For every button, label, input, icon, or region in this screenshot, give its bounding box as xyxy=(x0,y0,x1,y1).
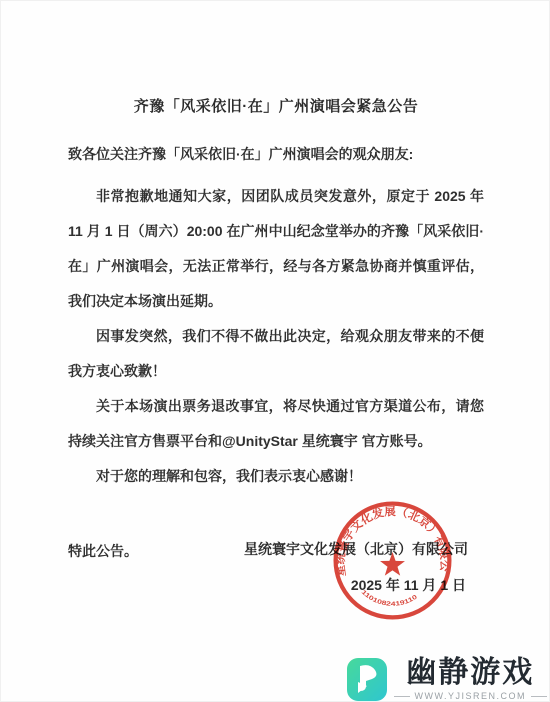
watermark-left-rule xyxy=(394,696,410,697)
paragraph-3: 关于本场演出票务退改事宜，将尽快通过官方渠道公布，请您持续关注官方售票平台和@U… xyxy=(68,389,484,459)
page-title: 齐豫「风采依旧·在」广州演唱会紧急公告 xyxy=(68,96,484,118)
watermark-url-row: WWW.YJISREN.COM xyxy=(394,691,548,701)
watermark-site-url: WWW.YJISREN.COM xyxy=(415,691,527,701)
paragraph-2: 因事发突然，我们不得不做出此决定，给观众朋友带来的不便我方衷心致歉！ xyxy=(68,319,484,389)
watermark-right-rule xyxy=(531,696,547,697)
document-body: 齐豫「风采依旧·在」广州演唱会紧急公告 致各位关注齐豫「风采依旧·在」广州演唱会… xyxy=(0,0,550,569)
watermark-text: 幽静游戏 WWW.YJISREN.COM xyxy=(394,657,548,701)
paragraph-1: 非常抱歉地通知大家，因团队成员突发意外，原定于 2025 年 11 月 1 日（… xyxy=(68,179,484,319)
watermark-site-name: 幽静游戏 xyxy=(406,657,534,689)
watermark-logo-icon xyxy=(347,658,387,701)
svg-text:1101082419110: 1101082419110 xyxy=(360,589,420,608)
salutation-line: 致各位关注齐豫「风采依旧·在」广州演唱会的观众朋友: xyxy=(68,143,484,165)
seal-serial-number: 1101082419110 xyxy=(360,589,420,608)
announcement-page: 齐豫「风采依旧·在」广州演唱会紧急公告 致各位关注齐豫「风采依旧·在」广州演唱会… xyxy=(0,0,550,702)
official-seal: 星统寰宇文化发展（北京）有限公司 1101082419110 xyxy=(331,499,454,622)
paragraph-4: 对于您的理解和包容，我们表示衷心感谢！ xyxy=(68,459,484,494)
seal-star-icon xyxy=(380,552,405,576)
site-watermark: 幽静游戏 WWW.YJISREN.COM xyxy=(347,657,548,701)
